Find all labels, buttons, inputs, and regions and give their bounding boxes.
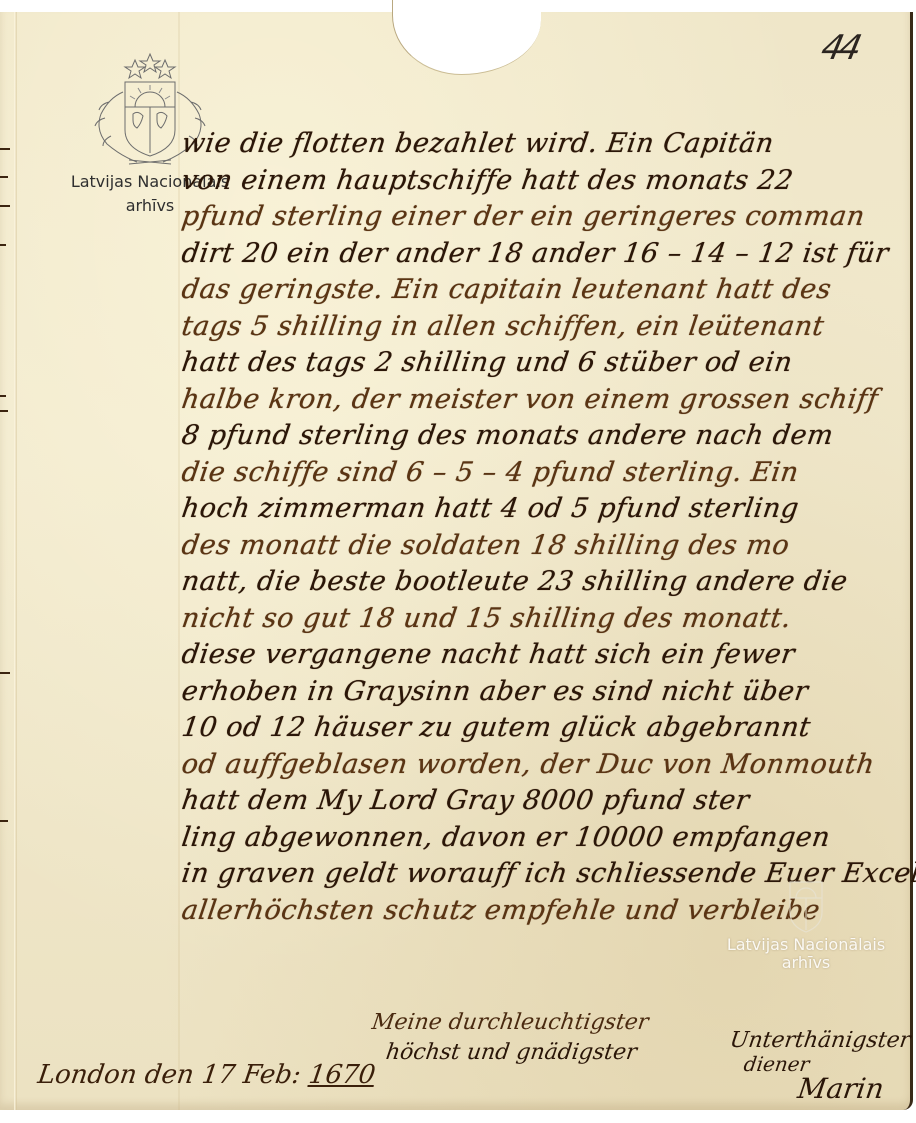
letter-line: das geringste. Ein capitain leutenant ha… bbox=[180, 274, 834, 305]
dateline: London den 17 Feb: 1670 bbox=[36, 1060, 377, 1090]
letter-line: die schiffe sind 6 – 5 – 4 pfund sterlin… bbox=[180, 457, 801, 488]
letter-line: od auffgeblasen worden, der Duc von Monm… bbox=[180, 749, 877, 780]
letter-line: erhoben in Graysinn aber es sind nicht ü… bbox=[180, 676, 810, 707]
latvia-coat-of-arms-icon bbox=[776, 876, 836, 936]
archive-watermark-bottom: Latvijas Nacionālais arhīvs bbox=[706, 876, 906, 972]
closing-line-2: höchst und gnädigster bbox=[384, 1040, 638, 1065]
letter-line: des monatt die soldaten 18 shilling des … bbox=[180, 530, 792, 561]
signature: Marin bbox=[796, 1072, 886, 1105]
letter-line: 8 pfund sterling des monats andere nach … bbox=[180, 420, 836, 451]
letter-line: natt, die beste bootleute 23 shilling an… bbox=[180, 566, 850, 597]
closing-line-1: Meine durchleuchtigster bbox=[370, 1010, 650, 1035]
letter-line: tags 5 shilling in allen schiffen, ein l… bbox=[180, 311, 826, 342]
letter-line: nicht so gut 18 und 15 shilling des mona… bbox=[180, 603, 794, 634]
archive-name-line1: Latvijas Nacionālais bbox=[706, 936, 906, 954]
dateline-place-day: London den 17 Feb: bbox=[36, 1060, 303, 1090]
letter-line: dirt 20 ein der ander 18 ander 16 – 14 –… bbox=[180, 238, 891, 269]
letter-line: wie die flotten bezahlet wird. Ein Capit… bbox=[180, 128, 776, 159]
letter-line: diese vergangene nacht hatt sich ein few… bbox=[180, 639, 797, 670]
letter-line: ling abgewonnen, davon er 10000 empfange… bbox=[180, 822, 833, 853]
dateline-year: 1670 bbox=[307, 1060, 377, 1090]
fold-line bbox=[14, 12, 17, 1110]
letter-line: pfund sterling einer der ein geringeres … bbox=[180, 201, 867, 232]
letter-line: halbe kron, der meister von einem grosse… bbox=[180, 384, 880, 415]
letter-line: von einem hauptschiffe hatt des monats 2… bbox=[180, 165, 796, 196]
archive-name-line2: arhīvs bbox=[706, 954, 906, 972]
closing-right-1: Unterthänigster bbox=[728, 1028, 912, 1053]
letter-line: 10 od 12 häuser zu gutem glück abgebrann… bbox=[180, 712, 813, 743]
letter-line: hoch zimmerman hatt 4 od 5 pfund sterlin… bbox=[180, 493, 801, 524]
letter-line: hatt des tags 2 shilling und 6 stüber od… bbox=[180, 347, 795, 378]
letter-line: hatt dem My Lord Gray 8000 pfund ster bbox=[180, 785, 752, 816]
